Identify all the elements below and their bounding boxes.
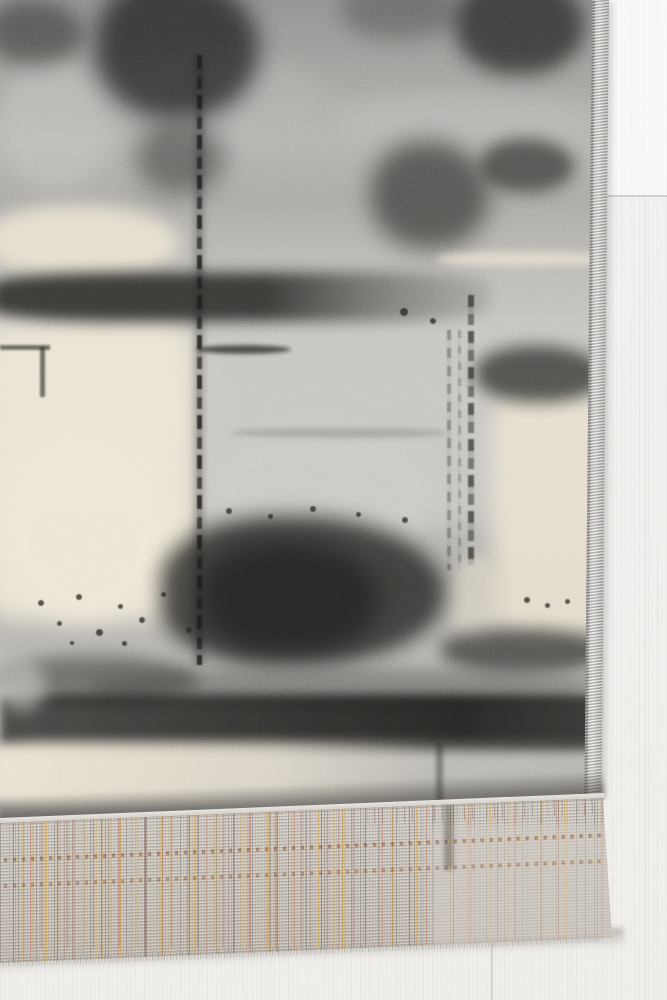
floor-plank-seam-vertical-faint	[645, 196, 646, 1000]
pile-grain-texture	[0, 0, 606, 830]
rug-pile	[0, 0, 606, 830]
rug-product-photo	[0, 0, 667, 1000]
